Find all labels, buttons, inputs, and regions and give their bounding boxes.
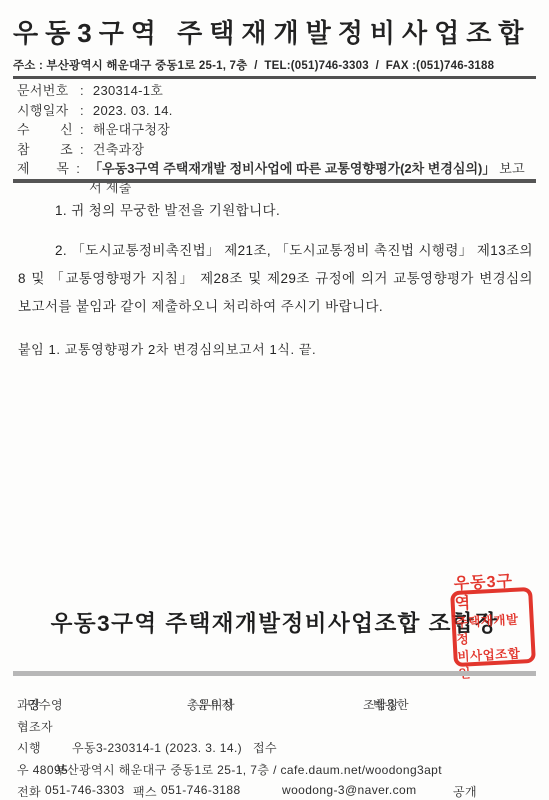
- fax-label: 팩스: [133, 783, 157, 800]
- document-meta: 문서번호 : 230314-1호 시행일자 : 2023. 03. 14. 수 …: [17, 80, 535, 178]
- footer-cooperator-row: 협조자: [17, 718, 535, 734]
- meta-row-reference: 참 조 : 건축과장: [17, 139, 535, 159]
- meta-row-subject: 제 목 : 「우동3구역 주택재개발 정비사업에 따른 교통영향평가(2차 변경…: [17, 158, 535, 178]
- meta-value: 2023. 03. 14.: [93, 103, 173, 118]
- footer-enforcement-row: 시행 우동3-230314-1 (2023. 3. 14.) 접수: [17, 739, 535, 755]
- meta-rule: [13, 179, 536, 183]
- footer-approvers-row: 과장민수영 총무이사윤유정 조합장박용한: [17, 696, 535, 712]
- enforce-value: 우동3-230314-1 (2023. 3. 14.): [72, 739, 242, 756]
- fax-number: 051-746-3188: [161, 783, 241, 797]
- approver-name: 박용한: [373, 696, 409, 713]
- receipt-label: 접수: [253, 739, 277, 756]
- org-title: 우동3구역 주택재개발정비사업조합: [13, 13, 536, 50]
- meta-row-docnumber: 문서번호 : 230314-1호: [17, 80, 535, 100]
- stamp-text-line-2: 주택재개발정: [455, 611, 531, 649]
- meta-value: 230314-1호: [93, 80, 163, 99]
- meta-label: 참 조: [17, 139, 73, 158]
- approver-name: 민수영: [27, 696, 63, 713]
- document-header: 우동3구역 주택재개발정비사업조합 주소 : 부산광역시 해운대구 중동1로 2…: [13, 13, 536, 79]
- meta-colon: :: [80, 142, 84, 157]
- email-address: woodong-3@naver.com: [282, 783, 417, 797]
- subject-title-bold: 「우동3구역 주택재개발 정비사업에 따른 교통영향평가(2차 변경심의)」: [89, 161, 495, 176]
- footer-contact-row: 전화 051-746-3303 팩스 051-746-3188 woodong-…: [17, 783, 535, 799]
- body-paragraph-1: 1. 귀 청의 무궁한 발전을 기원합니다.: [18, 197, 533, 225]
- header-rule: [13, 76, 536, 79]
- org-seal-stamp: 우동3구역 주택재개발정 비사업조합인: [450, 587, 536, 667]
- official-document-page: 우동3구역 주택재개발정비사업조합 주소 : 부산광역시 해운대구 중동1로 2…: [0, 0, 549, 800]
- document-body: 1. 귀 청의 무궁한 발전을 기원합니다. 2. 「도시교통정비촉진법」 제2…: [18, 197, 533, 333]
- body-paragraph-2: 2. 「도시교통정비촉진법」 제21조, 「도시교통정비 촉진법 시행령」 제1…: [18, 237, 533, 321]
- meta-row-date: 시행일자 : 2023. 03. 14.: [17, 100, 535, 120]
- meta-label: 문서번호: [17, 80, 73, 99]
- meta-colon: :: [80, 103, 84, 118]
- header-address-line: 주소 : 부산광역시 해운대구 중동1로 25-1, 7층 / TEL:(051…: [13, 57, 536, 73]
- disclosure-label: 공개: [453, 783, 477, 800]
- footer-address: 부산광역시 해운대구 중동1로 25-1, 7층 / cafe.daum.net…: [55, 761, 442, 778]
- meta-row-recipient: 수 신 : 해운대구청장: [17, 119, 535, 139]
- meta-value: 건축과장: [93, 139, 144, 158]
- meta-label: 제 목: [17, 158, 69, 177]
- approver-name: 윤유정: [197, 696, 233, 713]
- enforce-label: 시행: [17, 739, 41, 756]
- meta-label: 수 신: [17, 119, 73, 138]
- phone-number: 051-746-3303: [45, 783, 125, 797]
- meta-colon: :: [80, 122, 84, 137]
- meta-label: 시행일자: [17, 100, 73, 119]
- phone-label: 전화: [17, 783, 41, 800]
- meta-value: 해운대구청장: [93, 119, 170, 138]
- subject-value: 「우동3구역 주택재개발 정비사업에 따른 교통영향평가(2차 변경심의)」 보…: [89, 158, 535, 196]
- attachment-line: 붙임 1. 교통영향평가 2차 변경심의보고서 1식. 끝.: [18, 339, 316, 358]
- stamp-text-line-3: 비사업조합인: [457, 645, 533, 683]
- cooperator-label: 협조자: [17, 718, 53, 735]
- footer-address-row: 우 48095 부산광역시 해운대구 중동1로 25-1, 7층 / cafe.…: [17, 761, 535, 777]
- stamp-text-line-1: 우동3구역: [453, 571, 529, 615]
- footer-divider: [13, 671, 536, 676]
- meta-colon: :: [76, 161, 80, 176]
- meta-colon: :: [80, 83, 84, 98]
